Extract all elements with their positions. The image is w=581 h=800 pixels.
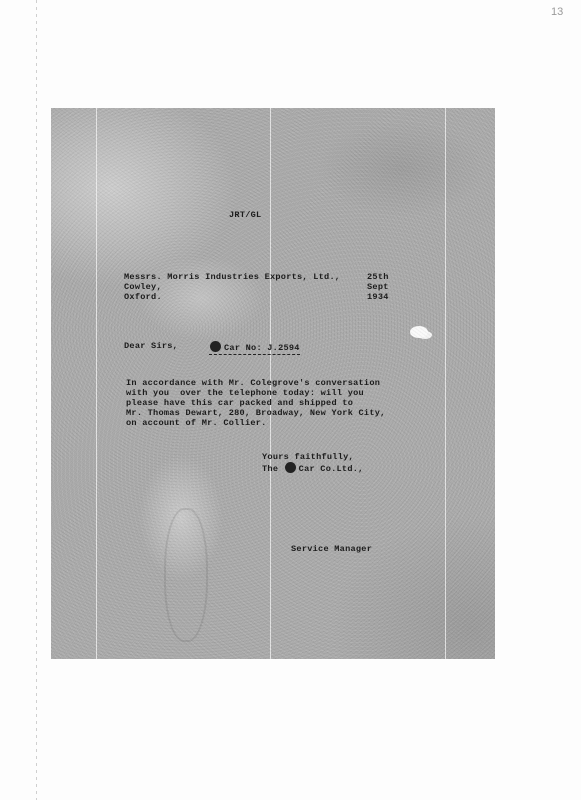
addressee-line-3: Oxford. bbox=[124, 292, 162, 302]
addressee-line-1: Messrs. Morris Industries Exports, Ltd., bbox=[124, 272, 340, 282]
body-line-1: In accordance with Mr. Colegrove's conve… bbox=[126, 378, 380, 388]
company-name: The Car Co.Ltd., bbox=[262, 462, 364, 474]
company-emblem-icon bbox=[210, 341, 221, 352]
body-line-5: on account of Mr. Collier. bbox=[126, 418, 267, 428]
margin-line bbox=[36, 0, 37, 800]
company-prefix: The bbox=[262, 464, 278, 474]
company-suffix: Car Co.Ltd., bbox=[299, 464, 364, 474]
page-number: 13 bbox=[551, 6, 563, 18]
signatory: Service Manager bbox=[291, 544, 372, 554]
addressee-line-2: Cowley, bbox=[124, 282, 162, 292]
body-line-3: please have this car packed and shipped … bbox=[126, 398, 353, 408]
paper-scratch bbox=[164, 508, 208, 642]
closing: Yours faithfully, bbox=[262, 452, 354, 462]
subject-line: Car No: J.2594 bbox=[209, 341, 300, 355]
date-month: Sept bbox=[367, 282, 389, 292]
body-line-2: with you over the telephone today: will … bbox=[126, 388, 364, 398]
date-year: 1934 bbox=[367, 292, 389, 302]
company-emblem-icon bbox=[285, 462, 296, 473]
body-line-4: Mr. Thomas Dewart, 280, Broadway, New Yo… bbox=[126, 408, 386, 418]
scan-line bbox=[445, 108, 446, 659]
paper-blot bbox=[410, 326, 428, 338]
subject-text: Car No: J.2594 bbox=[224, 343, 300, 353]
scan-line bbox=[96, 108, 97, 659]
date-day: 25th bbox=[367, 272, 389, 282]
salutation: Dear Sirs, bbox=[124, 341, 178, 351]
reference-code: JRT/GL bbox=[229, 210, 261, 220]
